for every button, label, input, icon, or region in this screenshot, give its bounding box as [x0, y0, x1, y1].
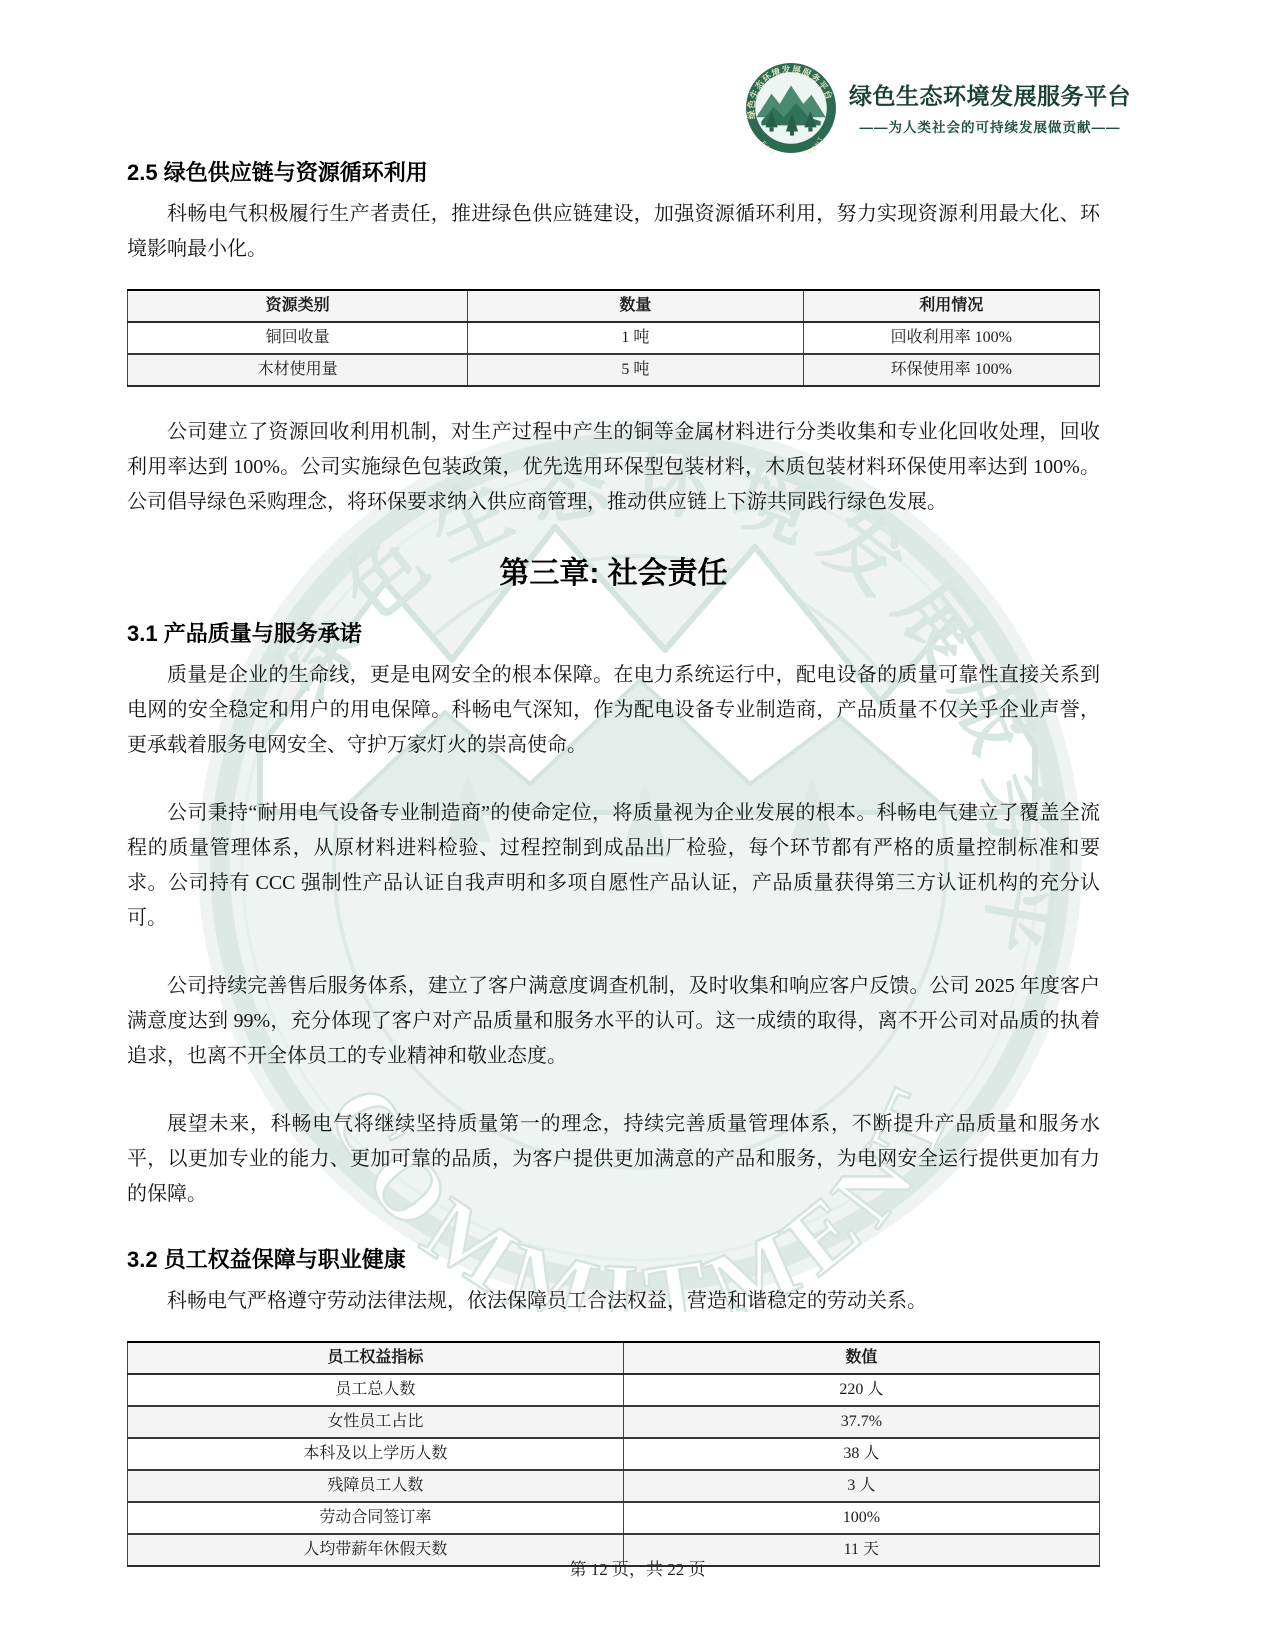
chapter-title: 第三章: 社会责任 [127, 553, 1100, 595]
paragraph-3-1-outlook: 展望未来，科畅电气将继续坚持质量第一的理念，持续完善质量管理体系，不断提升产品质… [127, 1107, 1100, 1212]
table-row: 女性员工占比37.7% [128, 1406, 1100, 1438]
page-footer: 第 12 页，共 22 页 [0, 1555, 1275, 1580]
paragraph-2-5-intro: 科畅电气积极履行生产者责任，推进绿色供应链建设，加强资源循环利用，努力实现资源利… [127, 197, 1100, 267]
paragraph-3-1-quality: 质量是企业的生命线，更是电网安全的根本保障。在电力系统运行中，配电设备的质量可靠… [127, 658, 1100, 763]
table-cell: 铜回收量 [128, 322, 468, 354]
section-heading-3-1: 3.1 产品质量与服务承诺 [127, 619, 1100, 649]
table-row: 残障员工人数3 人 [128, 1470, 1100, 1502]
employee-rights-table: 员工权益指标数值 员工总人数220 人女性员工占比37.7%本科及以上学历人数3… [127, 1341, 1100, 1567]
table-row: 本科及以上学历人数38 人 [128, 1438, 1100, 1470]
table-header-row: 员工权益指标数值 [128, 1342, 1100, 1374]
table-cell: 木材使用量 [128, 354, 468, 386]
table-row: 铜回收量1 吨回收利用率 100% [128, 322, 1100, 354]
section-heading-3-2: 3.2 员工权益保障与职业健康 [127, 1245, 1100, 1275]
paragraph-3-1-system: 公司秉持“耐用电气设备专业制造商”的使命定位，将质量视为企业发展的根本。科畅电气… [127, 796, 1100, 936]
platform-logo-seal-icon: 绿色生态环境发展服务平台 ECO COMMITMENT [745, 62, 837, 154]
section-heading-2-5: 2.5 绿色供应链与资源循环利用 [127, 158, 1100, 188]
platform-tagline: ——为人类社会的可持续发展做贡献—— [849, 116, 1131, 136]
report-page: 绿色生态环境发展服务平台 COMMITMENT 绿色生态环境发展服务平台 [0, 0, 1275, 1650]
page-header: 绿色生态环境发展服务平台 ECO COMMITMENT 绿色生态环境发展服务平台… [745, 62, 1131, 154]
table-row: 劳动合同签订率100% [128, 1502, 1100, 1534]
table-header-row: 资源类别数量利用情况 [128, 290, 1100, 322]
table-header-cell: 数值 [623, 1342, 1099, 1374]
paragraph-3-1-service: 公司持续完善售后服务体系，建立了客户满意度调查机制，及时收集和响应客户反馈。公司… [127, 969, 1100, 1074]
table-header-cell: 数量 [468, 290, 803, 322]
table-cell: 环保使用率 100% [803, 354, 1099, 386]
table-cell: 本科及以上学历人数 [128, 1438, 624, 1470]
table-cell: 1 吨 [468, 322, 803, 354]
paragraph-3-2-intro: 科畅电气严格遵守劳动法律法规，依法保障员工合法权益，营造和谐稳定的劳动关系。 [127, 1284, 1100, 1319]
table-cell: 劳动合同签订率 [128, 1502, 624, 1534]
table-cell: 5 吨 [468, 354, 803, 386]
table-cell: 残障员工人数 [128, 1470, 624, 1502]
table-row: 员工总人数220 人 [128, 1374, 1100, 1406]
table-cell: 回收利用率 100% [803, 322, 1099, 354]
table-cell: 38 人 [623, 1438, 1099, 1470]
paragraph-2-5-detail: 公司建立了资源回收利用机制，对生产过程中产生的铜等金属材料进行分类收集和专业化回… [127, 415, 1100, 520]
table-cell: 37.7% [623, 1406, 1099, 1438]
table-cell: 220 人 [623, 1374, 1099, 1406]
table-header-cell: 资源类别 [128, 290, 468, 322]
document-content: 2.5 绿色供应链与资源循环利用 科畅电气积极履行生产者责任，推进绿色供应链建设… [127, 158, 1100, 1567]
table-cell: 3 人 [623, 1470, 1099, 1502]
table-row: 木材使用量5 吨环保使用率 100% [128, 354, 1100, 386]
table-header-cell: 员工权益指标 [128, 1342, 624, 1374]
table-cell: 员工总人数 [128, 1374, 624, 1406]
table-cell: 女性员工占比 [128, 1406, 624, 1438]
platform-name: 绿色生态环境发展服务平台 [849, 81, 1131, 111]
resource-utilization-table: 资源类别数量利用情况 铜回收量1 吨回收利用率 100%木材使用量5 吨环保使用… [127, 289, 1100, 387]
table-cell: 100% [623, 1502, 1099, 1534]
table-header-cell: 利用情况 [803, 290, 1099, 322]
brand-text-block: 绿色生态环境发展服务平台 ——为人类社会的可持续发展做贡献—— [849, 81, 1131, 136]
